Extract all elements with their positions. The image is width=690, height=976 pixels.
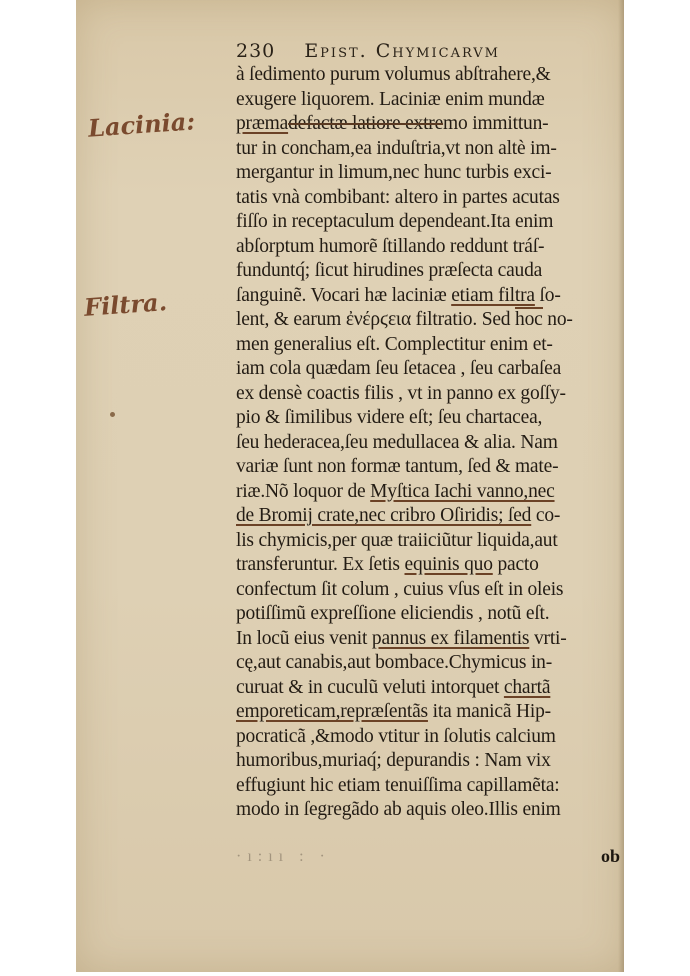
text-span: ſo-	[535, 285, 561, 306]
text-line: riæ.Nõ loquor de Myſtica Iachi vanno,nec	[236, 480, 624, 505]
text-line: ſanguinẽ. Vocari hæ laciniæ etiam filtra…	[236, 284, 624, 309]
text-line: potiſſimũ expreſſione eliciendis , notũ …	[236, 602, 624, 627]
text-span: no-	[543, 309, 573, 330]
underlined-phrase: præma	[236, 113, 288, 134]
text-line: In locũ eius venit pannus ex filamentis …	[236, 627, 624, 652]
text-line: curuat & in cuculũ veluti intorquet char…	[236, 676, 624, 701]
text-line: mergantur in limum,nec hunc turbis exci-	[236, 161, 624, 186]
text-line: pocraticã ,&modo vtitur in ſolutis calci…	[236, 725, 624, 750]
text-span: ita manicã Hip-	[428, 701, 551, 722]
text-line: men generalius eſt. Complectitur enim et…	[236, 333, 624, 358]
text-span: curuat & in cuculũ veluti intorquet	[236, 677, 504, 698]
text-span: riæ.Nõ loquor de	[236, 481, 370, 502]
text-line: modo in ſegregãdo ab aquis oleo.Illis en…	[236, 798, 624, 823]
ink-spot	[110, 412, 115, 417]
text-line: variæ ſunt non formæ tantum, ſed & mate-	[236, 455, 624, 480]
page-number: 230	[236, 40, 275, 62]
text-line: tur in concham,ea induſtria,vt non altè …	[236, 137, 624, 162]
underlined-phrase: etiam filtra	[451, 285, 535, 306]
underlined-phrase: de Bromij crate,nec cribro Oſiridis; ſed	[236, 505, 531, 526]
text-line: pio & ſimilibus videre eſt; ſeu chartace…	[236, 406, 624, 431]
underlined-phrase: Myſtica Iachi vanno,nec	[370, 481, 554, 502]
text-span: pacto	[493, 554, 539, 575]
text-line: ex densè coactis filis , vt in panno ex …	[236, 382, 624, 407]
text-line: funduntq́; ſicut hirudines præſecta caud…	[236, 259, 624, 284]
text-span: vrti-	[529, 628, 566, 649]
underlined-phrase: equinis quo	[405, 554, 493, 575]
text-span: In locũ eius venit	[236, 628, 372, 649]
underlined-phrase: emporeticam,repræſentãs	[236, 701, 428, 722]
book-page: 230 Epist. Chymicarvm Lacinia: Filtra. à…	[76, 0, 624, 972]
text-line: lent, & earum ἐνέρϛεια filtratio. Sed ho…	[236, 308, 624, 333]
running-title: Epist. Chymicarvm	[304, 40, 500, 62]
underlined-phrase: chartã	[504, 677, 550, 698]
text-line: emporeticam,repræſentãs ita manicã Hip-	[236, 700, 624, 725]
body-text: à ſedimento purum volumus abſtrahere,& e…	[236, 63, 624, 823]
running-head: 230 Epist. Chymicarvm	[236, 40, 500, 62]
margin-note-filtra: Filtra.	[83, 287, 168, 322]
text-line: fiſſo in receptaculum dependeant.Ita eni…	[236, 210, 624, 235]
text-line: ſeu hederacea,ſeu medullacea & alia. Nam	[236, 431, 624, 456]
bleed-through-marks: ·ı:ıı : ·	[236, 848, 626, 866]
text-line: effugiunt hic etiam tenuiſſima capillamẽ…	[236, 774, 624, 799]
struck-phrase: defactæ latiore extre	[288, 113, 443, 134]
text-line: abſorptum humorẽ ſtillando reddunt tráſ-	[236, 235, 624, 260]
underlined-phrase: pannus ex filamentis	[372, 628, 529, 649]
text-line: exugere liquorem. Laciniæ enim mundæ	[236, 88, 624, 113]
text-line: tatis vnà combibant: altero in partes ac…	[236, 186, 624, 211]
text-span: mo immittun-	[443, 113, 548, 134]
text-line: lis chymicis,per quæ traiiciũtur liquida…	[236, 529, 624, 554]
text-line: cę,aut canabis,aut bombace.Chymicus in-	[236, 651, 624, 676]
margin-note-lacinia: Lacinia:	[87, 106, 196, 142]
text-span: co-	[531, 505, 560, 526]
text-line: præmadefactæ latiore extremo immittun-	[236, 112, 624, 137]
text-line: à ſedimento purum volumus abſtrahere,&	[236, 63, 624, 88]
catchword: ob	[601, 846, 620, 867]
text-line: confectum ſit colum , cuius vſus eſt in …	[236, 578, 624, 603]
text-line: iam cola quædam ſeu ſetacea , ſeu carbaſ…	[236, 357, 624, 382]
text-line: de Bromij crate,nec cribro Oſiridis; ſed…	[236, 504, 624, 529]
text-span: lent, & earum ἐνέρϛεια filtratio. Sed	[236, 309, 515, 330]
text-span: ſanguinẽ. Vocari hæ laciniæ	[236, 285, 451, 306]
overlined-word: hoc	[515, 307, 543, 330]
text-line: transferuntur. Ex ſetis equinis quo pact…	[236, 553, 624, 578]
text-span: transferuntur. Ex ſetis	[236, 554, 405, 575]
text-line: humoribus,muriaq́; depurandis : Nam vix	[236, 749, 624, 774]
